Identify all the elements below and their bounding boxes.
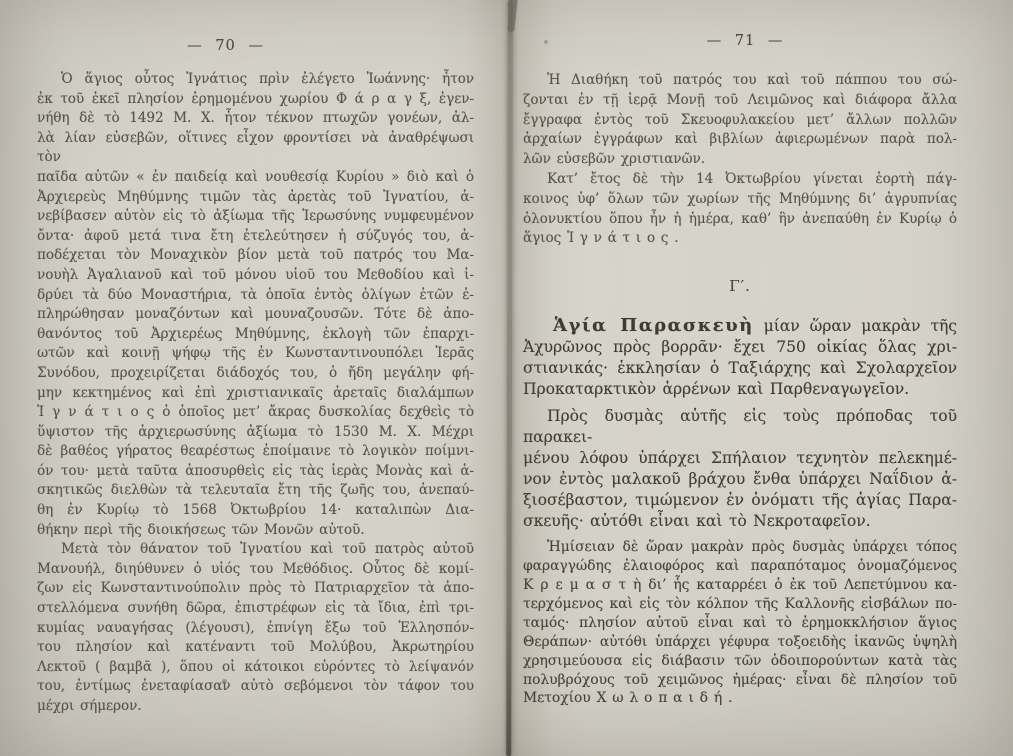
page-number-left: — 70 — [7,38,444,54]
text-line: λῶν εὐσεβῶν χριστιανῶν. [523,150,957,170]
text-line: Ἰ γ ν ά τ ι ο ς ὁ ὁποῖος μετ’ ἄκρας δυσκ… [37,403,474,423]
text-line: Ἡ Διαθήκη τοῦ πατρός του καὶ τοῦ πάππου … [523,71,957,91]
text-line: θανόντος τοῦ Ἀρχιερέως Μηθύμνης, ἐκλογὴ … [37,325,474,345]
text-line: ὁλονυκτίου ὅπου ἦν ἡ ἡμέρα, καθ’ ἣν ἀνεπ… [523,210,957,230]
entry-lead-rest: μίαν ὥραν μακρὰν τῆς [754,317,957,335]
text-line: παῖδα αὐτῶν « ἐν παιδείᾳ καὶ νουθεσίᾳ Κυ… [37,168,474,188]
text-line: σκητικῶς διελθὼν τὰ τελευταῖα ἔτη τῆς ζω… [37,481,474,501]
text-line: πληρώθησαν μοναζόντων καὶ μουναζουσῶν. Τ… [37,305,474,325]
text-line: νήθη δὲ τὸ 1492 Μ. Χ. ἦτον τέκνον πτωχῶν… [37,109,474,129]
text-line: λὰ λίαν εὐσεβῶν, οἵτινες εἶχον φροντίσει… [37,129,474,168]
text-line: κοινος ὑφ’ ὅλων τῶν χωρίων τῆς Μηθύμνης … [523,190,957,210]
text-line: ἅγιος Ἰ γ ν ά τ ι ο ς . [523,229,957,249]
text-line: ὕψιστον τῆς ἀρχιερωσύνης ἀξίωμα τὸ 1530 … [37,423,474,443]
page-left: — 70 — Ὁ ἅγιος οὗτος Ἰγνάτιος πρὶν ἐλέγε… [37,38,474,717]
entry-lead-bold: Ἁγία Παρασκευὴ [553,315,754,336]
text-line: Ἡμίσειαν δὲ ὥραν μακρὰν πρὸς δυσμὰς ὑπάρ… [523,538,957,557]
paragraph-agia-paraskevi: Ἁγία Παρασκευὴ μίαν ὥραν μακρὰν τῆς Ἀχυρ… [523,315,957,400]
paragraph-kremasti: Ἡμίσειαν δὲ ὥραν μακρὰν πρὸς δυσμὰς ὑπάρ… [523,538,957,708]
paragraph-ignatios-life: Ὁ ἅγιος οὗτος Ἰγνάτιος πρὶν ἐλέγετο Ἰωάν… [37,70,474,540]
text-line: μην κεκτημένος καὶ ἐπὶ χριστιανικαῖς ἀρε… [37,384,474,404]
text-line: θη ἐν Κυρίῳ τὸ 1568 Ὀκτωβρίου 14· καταλι… [37,501,474,521]
text-line: ἀρχαίων ἐγγράφων καὶ βιβλίων ἀφιερωμένων… [523,130,957,150]
page-right: — 71 — Ἡ Διαθήκη τοῦ πατρός του καὶ τοῦ … [523,33,957,708]
text-line: Θεράπων· αὐτόθι ὑπάρχει γέφυρα τοξοειδὴς… [523,633,957,652]
text-line: Ἀρχιερεὺς Μηθύμνης τιμῶν τὰς ἀρετὰς τοῦ … [37,188,474,208]
text-line: του, ἐντίμως ἐνεταφίασαν αὐτὸ σεβόμενοι … [37,677,474,697]
text-line: ταμός· πλησίον αὐτοῦ εἶναι καὶ τὸ ἐρημοκ… [523,614,957,633]
section-heading-gamma: Γ′. [523,277,957,295]
text-line: δὲ βαθέος γήρατος θεαρέστως ἐποίμαινε τὸ… [37,442,474,462]
entry-lines: Ἀχυρῶνος πρὸς βορρᾶν· ἔχει 750 οἰκίας ὅλ… [523,337,957,400]
text-line: στελλόμενα συνήθη δῶρα, ἐπιστρέφων εἰς τ… [37,599,474,619]
text-line: δρύει τὰ δύο Μοναστήρια, τὰ ὁποῖα ἐντὸς … [37,286,474,306]
text-line: μένου λόφου ὑπάρχει Σπήλαιον τεχνητὸν πε… [523,448,957,469]
text-line: νον ἐντὸς μαλακοῦ βράχου ἔνθα ὑπάρχει Να… [523,469,957,490]
text-line: σκευῆς· αὐτόθι εἶναι καὶ τὸ Νεκροταφεῖον… [523,511,957,532]
paragraph-cave: Πρὸς δυσμὰς αὐτῆς εἰς τοὺς πρόποδας τοῦ … [523,406,957,532]
text-line: στιανικάς· ἐκκλησίαν ὁ Ταξιάρχης καὶ Σχο… [523,358,957,379]
text-line: Πρὸς δυσμὰς αὐτῆς εἰς τοὺς πρόποδας τοῦ … [523,406,957,448]
text-line: Ἀχυρῶνος πρὸς βορρᾶν· ἔχει 750 οἰκίας ὅλ… [523,337,957,358]
text-line: Ὁ ἅγιος οὗτος Ἰγνάτιος πρὶν ἐλέγετο Ἰωάν… [37,70,474,90]
text-line: Προκαταρκτικὸν ἀρρένων καὶ Παρθεναγωγεῖο… [523,379,957,400]
text-line: μέχρι σήμερον. [37,697,474,717]
text-line: φαραγγώδης ἐλαιοφόρος καὶ παραπόταμος ὀν… [523,557,957,576]
text-line: ξιοσέβαστον, τιμώμενον ἐν ὀνόματι τῆς ἁγ… [523,490,957,511]
text-line: ωτῶν καὶ κοινῇ ψήφῳ τῆς ἐν Κωνσταντινουπ… [37,344,474,364]
text-line: πολυβρόχους τοῦ χειμῶνος ἡμέρας· εἶναι δ… [523,671,957,690]
text-line: ζονται ἐν τῇ ἱερᾷ Μονῇ τοῦ Λειμῶνος καὶ … [523,91,957,111]
text-line: ἐκ τοῦ ἐκεῖ πλησίον ἐρημομένου χωρίου Φ … [37,90,474,110]
text-line: ἔγγραφα ἐντὸς τοῦ Σκευοφυλακείου μετ’ ἄλ… [523,111,957,131]
text-line: Μανουήλ, διηύθυνεν ὁ υἱός του Μεθόδιος. … [37,560,474,580]
paragraph-feast: Κατ’ ἔτος δὲ τὴν 14 Ὀκτωβρίου γίνεται ἑο… [523,170,957,249]
book-spread: — 70 — Ὁ ἅγιος οὗτος Ἰγνάτιος πρὶν ἐλέγε… [0,0,1013,756]
text-line: τερχόμενος καὶ εἰς τὸν κόλπον τῆς Καλλον… [523,595,957,614]
text-line: ποδέχεται τὸν Μοναχικὸν βίον μετὰ τοῦ πα… [37,246,474,266]
text-line: του πλησίον καὶ κατέναντι τοῦ Μολύβου, Ἀ… [37,638,474,658]
text-line: Συνόδου, προχειρίζεται διάδοχός του, ὁ ἤ… [37,364,474,384]
text-line: Μετοχίου Χ ω λ ο π α ι δ ή . [523,689,957,708]
text-line: χρησιμεύουσα εἰς διάβασιν τῶν ὁδοιπορούν… [523,652,957,671]
text-line: θήκην περὶ τῆς διοικήσεως τῶν Μονῶν αὐτο… [37,521,474,541]
text-line: Κατ’ ἔτος δὲ τὴν 14 Ὀκτωβρίου γίνεται ἑο… [523,170,957,190]
text-line: Μετὰ τὸν θάνατον τοῦ Ἰγνατίου καὶ τοῦ πα… [37,540,474,560]
page-number-right: — 71 — [528,33,962,49]
text-line: νουὴλ Ἀγαλιανοῦ καὶ τοῦ μόνου υἱοῦ του Μ… [37,266,474,286]
text-line: όν του· μετὰ ταῦτα ἀποσυρθεὶς εἰς τὰς ἱε… [37,462,474,482]
text-line: νεβίβασεν αὐτὸν εἰς τὸ ἀξίωμα τῆς Ἱερωσύ… [37,207,474,227]
text-line: Κ ρ ε μ α σ τ ὴ δι’ ἧς καταρρέει ὁ ἐκ το… [523,576,957,595]
text-line: Λεκτοῦ ( βαμβᾶ ), ὅπου οἱ κάτοικοι εὑρόν… [37,658,474,678]
paragraph-methodios: Μετὰ τὸν θάνατον τοῦ Ἰγνατίου καὶ τοῦ πα… [37,540,474,716]
text-line: ὄντα· ἀφοῦ μετά τινα ἔτη ἐτελεύτησεν ἡ σ… [37,227,474,247]
paragraph-testament: Ἡ Διαθήκη τοῦ πατρός του καὶ τοῦ πάππου … [523,71,957,170]
text-line: κυμίας ναυαγήσας (λέγουσι), ἐπνίγη ἔξω τ… [37,619,474,639]
entry-first-line: Ἁγία Παρασκευὴ μίαν ὥραν μακρὰν τῆς [523,315,957,337]
text-line: ζων εἰς Κωνσταντινούπολιν πρὸς τὸ Πατρια… [37,579,474,599]
